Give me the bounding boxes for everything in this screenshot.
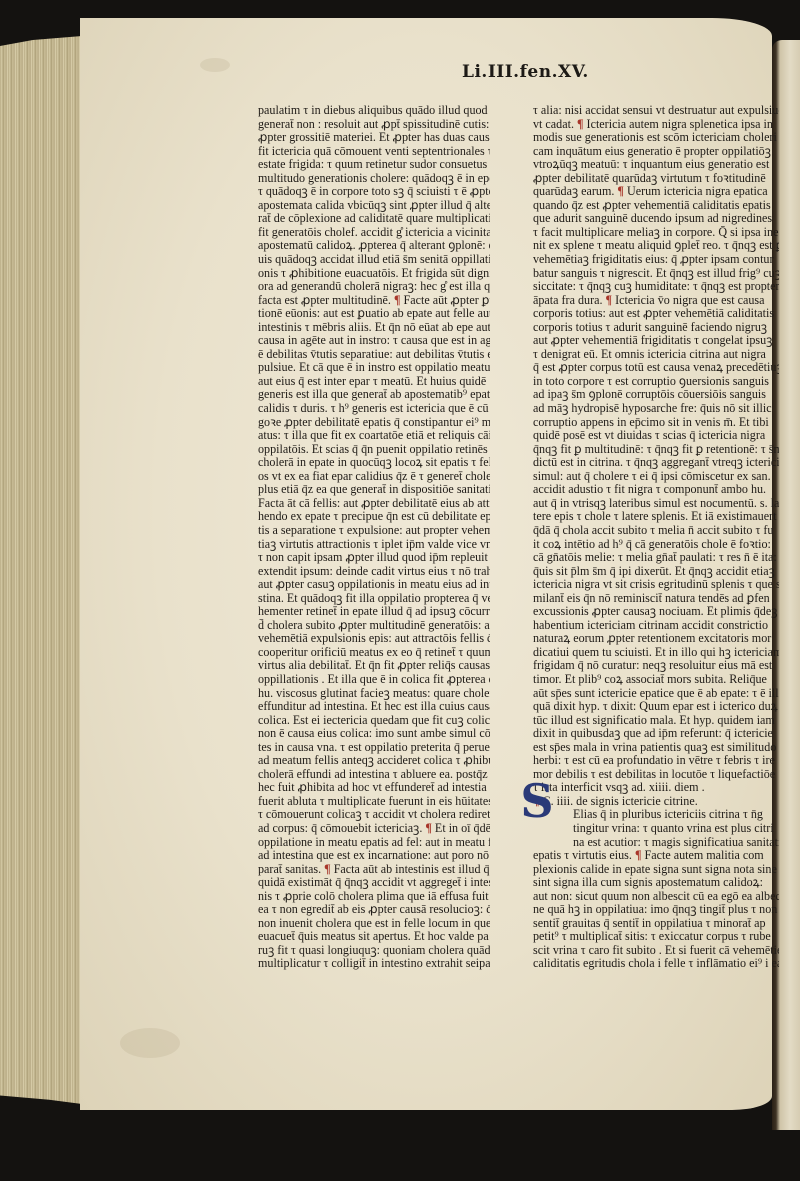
text-line: Facta āt cā fellis: aut ꝓpter debilitatē… xyxy=(258,497,490,511)
text-line: aut ꝓpter casuꝫ oppilationis in meatu ei… xyxy=(258,578,490,592)
text-line: τ facit multiplicare meliaꝫ in corpore. … xyxy=(533,226,779,240)
text-line: aut ꝓpter vehementiā frigiditatis τ cong… xyxy=(533,334,779,348)
text-line: nis τ ꝓprie colō cholera plima que iā ef… xyxy=(258,890,490,904)
paragraph-mark: ¶ xyxy=(394,294,401,307)
text-line: q̄ est ꝓpter corpus totū est causa venaꝝ… xyxy=(533,361,779,375)
text-line: oppilatōis. Et scias q̄ q̄n puenit oppil… xyxy=(258,443,490,457)
text-line: virtus alia debilitat̄. Et q̄n fit ꝓpter… xyxy=(258,659,490,673)
text-line: calidis τ duris. τ h⁹ generis est icteri… xyxy=(258,402,490,416)
text-line: vt cadat. ¶ Ictericia autem nigra splene… xyxy=(533,118,779,132)
text-line: mor debilis τ est debilitas in locutōe τ… xyxy=(533,768,779,782)
text-line: vehemētiaꝫ frigiditatis eius: q̄ ꝓpter i… xyxy=(533,253,779,267)
text-line: extendit ipsum: deinde cadit virtus eius… xyxy=(258,565,490,579)
text-line: ruꝫ fit τ quasi longiuquꝫ: quoniam chole… xyxy=(258,944,490,958)
paper-stain xyxy=(120,1028,180,1058)
text-line: τ alia: nisi accidat sensui vt destruatu… xyxy=(533,104,779,118)
text-line: Elias q̄ in pluribus ictericiis citrina … xyxy=(533,808,779,822)
text-line: plexionis calide in epate signa sunt sig… xyxy=(533,863,779,877)
text-line: stina. Et quādoqꝫ fit illa oppilatio pro… xyxy=(258,592,490,606)
text-line: intestinis τ mēbris aliis. Et q̄n nō eūa… xyxy=(258,321,490,335)
text-line: uis quādoqꝫ accidat illud etiā s̄m senit… xyxy=(258,253,490,267)
text-line: scit vrina τ caro fit subito . Et si fue… xyxy=(533,944,779,958)
text-line: q̄nqꝫ fit ꝑ multitudinē: τ q̄nqꝫ fit ꝑ r… xyxy=(533,443,779,457)
text-line: facta est ꝓpter multitudinē. ¶ Facte aūt… xyxy=(258,294,490,308)
text-line: hendo ex epate τ precipue q̄n est cū deb… xyxy=(258,510,490,524)
text-column-right: τ alia: nisi accidat sensui vt destruatu… xyxy=(533,104,779,971)
text-line: hec fuit ꝓhibita ad hoc vt effunderet̄ a… xyxy=(258,781,490,795)
text-line: corruptio appens in ep̄cimo sit in venis… xyxy=(533,416,779,430)
text-line: aut non: sicut quum non albescit cū ea e… xyxy=(533,890,779,904)
text-line: parat̄ sanitas. ¶ Facta aūt ab intestini… xyxy=(258,863,490,877)
text-line: tere epis τ chole τ latere splenis. Et i… xyxy=(533,510,779,524)
text-line: habentium ictericiam citrinam accidit co… xyxy=(533,619,779,633)
paragraph-mark: ¶ xyxy=(617,185,624,198)
paragraph-mark: ¶ xyxy=(577,118,584,131)
text-line: in toto corpore τ est corruptio ꝯuersion… xyxy=(533,375,779,389)
paragraph-mark: ¶ xyxy=(606,294,613,307)
book-fore-edge xyxy=(0,36,82,1104)
text-line: multiplicatur τ colligit̄ in intestino e… xyxy=(258,957,490,971)
text-line: rat̄ de cōplexione ad caliditatē quare m… xyxy=(258,212,490,226)
text-line: hu. viscosus glutinat facieꝫ meatus: qua… xyxy=(258,687,490,701)
text-line: dixit in quibusdaꝫ que ad ip̄m referunt:… xyxy=(533,727,779,741)
text-line: fuerit abluta τ multiplicate fuerunt in … xyxy=(258,795,490,809)
text-line: ꝓpter debilitatē quarūdaꝫ virtutum τ foꝛ… xyxy=(533,172,779,186)
text-line: accidit adustio τ fit nigra τ componunt̄… xyxy=(533,483,779,497)
text-line: dicatiui quem tu sciuisti. Et in illo qu… xyxy=(533,646,779,660)
text-line: onis τ ꝓhibitione euacuatōis. Et frigida… xyxy=(258,267,490,281)
text-line: est sp̄es mala in vrina patientis quaꝫ e… xyxy=(533,741,779,755)
text-line: āpata fra dura. ¶ Ictericia v̄o nigra qu… xyxy=(533,294,779,308)
text-line: nit ex splene τ meatu aliquid ꝯplet̄ reo… xyxy=(533,239,779,253)
text-line: ē debilitas v̄tutis separatiue: aut debi… xyxy=(258,348,490,362)
text-line: ad ipaꝫ s̄m ꝯplonē corruptōis cōuersiōis… xyxy=(533,388,779,402)
text-line: generat̄ non : resoluit aut ꝓpt̄ spissit… xyxy=(258,118,490,132)
text-line: oppillationis . Et illa que ē in colica … xyxy=(258,673,490,687)
text-line: siccitate: τ q̄nqꝫ cuꝫ humiditate: τ q̄n… xyxy=(533,280,779,294)
text-line: cam inquātum eius generatio ē propter op… xyxy=(533,145,779,159)
text-line: corporis totius τ adurit sanguinē facien… xyxy=(533,321,779,335)
text-line: corporis totius: aut est ꝓpter vehemētiā… xyxy=(533,307,779,321)
text-line: goꝛe ꝓpter debilitatē epatis q̄ constipa… xyxy=(258,416,490,430)
text-line: tūc illud est significatio mala. Et hyp.… xyxy=(533,714,779,728)
text-line: ne quā hꝫ in oppilatiua: imo q̄nqꝫ tingi… xyxy=(533,903,779,917)
text-line: batur sanguis τ nigrescit. Et q̄nqꝫ est … xyxy=(533,267,779,281)
text-line: frigidam q̄ nō curatur: neqꝫ resoluitur … xyxy=(533,659,779,673)
text-line: τ non capit ipsam ꝓpter illud quod ip̄m … xyxy=(258,551,490,565)
text-line: multitudo generationis cholere: quādoqꝫ … xyxy=(258,172,490,186)
text-line: ad māꝫ hydropisē hyposarche fre: q̄uis n… xyxy=(533,402,779,416)
text-line: fit generatōis cholef. accidit g̊ icteri… xyxy=(258,226,490,240)
text-line: non ē causa eius colica: imo sunt ambe s… xyxy=(258,727,490,741)
text-line: tes in causa vna. τ est oppilatio preter… xyxy=(258,741,490,755)
text-line: naturaꝝ eorum ꝓpter retentionem excitato… xyxy=(533,632,779,646)
text-line: oppilatione in meatu epatis ad fel: aut … xyxy=(258,836,490,850)
illuminated-initial: S xyxy=(518,779,556,825)
text-line: τ ista interficit vsqꝫ ad. xiiii. diem . xyxy=(533,781,779,795)
text-line: aut q̄ in vtrisqꝫ lateribus simul est no… xyxy=(533,497,779,511)
text-line: tiaꝫ virtutis attractionis τ iplet ip̄m … xyxy=(258,538,490,552)
text-line: epatis τ virtutis eius. ¶ Facte autem ma… xyxy=(533,849,779,863)
text-line: modis sue generationis est scōm icterici… xyxy=(533,131,779,145)
text-line: paulatim τ in diebus aliquibus quādo ill… xyxy=(258,104,490,118)
text-line: tingitur vrina: τ quanto vrina est plus … xyxy=(533,822,779,836)
text-line: effunditur ad intestina. Et hec est illa… xyxy=(258,700,490,714)
text-line: ad meatum fellis anteqꝫ accideret colica… xyxy=(258,754,490,768)
text-line: petit⁹ τ multiplicat̄ sitis: τ exiccatur… xyxy=(533,930,779,944)
text-line: aūt sp̄es sunt ictericie epatice que ē a… xyxy=(533,687,779,701)
text-line: τ denigrat eū. Et omnis ictericia citrin… xyxy=(533,348,779,362)
paper-stain xyxy=(200,58,230,72)
text-line: causa in agēte aut in instro: τ causa qu… xyxy=(258,334,490,348)
paragraph-mark: ¶ xyxy=(425,822,432,835)
text-line: τ quādoqꝫ ē in corpore toto sꝫ q̄ sciuis… xyxy=(258,185,490,199)
text-line: estate frigida: τ quum retinetur sudor c… xyxy=(258,158,490,172)
chapter-heading: ¶ C. iiii. de signis ictericie citrine. xyxy=(533,795,779,809)
text-line: τ cōmouerunt colicaꝫ τ accidit vt choler… xyxy=(258,808,490,822)
text-line: quarūdaꝫ earum. ¶ Uerum ictericia nigra … xyxy=(533,185,779,199)
text-line: ꝓpter grossitiē materiei. Et ꝓpter has d… xyxy=(258,131,490,145)
text-line: apostematū calidoꝝ. ꝓpterea q̄ alterant … xyxy=(258,239,490,253)
text-line: os vt ex ea fiat epar calidius q̄z ē τ g… xyxy=(258,470,490,484)
text-line: que adurit sanguinē ducendo ipsum ad nig… xyxy=(533,212,779,226)
text-line: d̄ cholera subito ꝓpter multitudinē gene… xyxy=(258,619,490,633)
text-line: q̄dā q̄ chola accit subito τ melia n̄ ac… xyxy=(533,524,779,538)
text-line: ea τ non egredit̄ ab eis ꝓpter causā res… xyxy=(258,903,490,917)
text-line: cooperitur orificiū meatus ex eo q̄ reti… xyxy=(258,646,490,660)
text-line: ictericia nigra vt sit crisis egritudinū… xyxy=(533,578,779,592)
text-line: sint signa illa cum signis apostematum c… xyxy=(533,876,779,890)
text-line: ora ad generandū cholerā nigraꝫ: hec g̊ … xyxy=(258,280,490,294)
text-line: apostemata calida vbicūqꝫ sint ꝓpter ill… xyxy=(258,199,490,213)
text-line: generis est illa que generat̄ ab apostem… xyxy=(258,388,490,402)
text-line: colica. Est ei iectericia quedam que fit… xyxy=(258,714,490,728)
text-line: quando q̄z est ꝓpter vehementiā calidita… xyxy=(533,199,779,213)
text-line: cholerā in epate in quocūqꝫ locoꝝ sit ep… xyxy=(258,456,490,470)
text-line: simul: aut q̄ cholere τ ei q̄ ipsi cōmis… xyxy=(533,470,779,484)
text-line: milant̄ eis q̄n nō reminiscit̄ natura te… xyxy=(533,592,779,606)
text-line: vtroꝝūqꝫ meatuū: τ inquantum eius genera… xyxy=(533,158,779,172)
text-line: timor. Et plib⁹ coꝝ associat̄ mors subit… xyxy=(533,673,779,687)
text-line: hementer retinet̄ in epate illud q̄ ad i… xyxy=(258,605,490,619)
paragraph-mark: ¶ xyxy=(324,863,331,876)
text-line: quidē posē est vt diuidas τ scias q̄ ict… xyxy=(533,429,779,443)
text-line: vehemētiā expulsionis epis: aut attractō… xyxy=(258,632,490,646)
running-head: Li.III.fen.XV. xyxy=(462,62,589,82)
text-line: na est acutior: τ magis significatiua sa… xyxy=(533,836,779,850)
paragraph-mark: ¶ xyxy=(635,849,642,862)
text-line: caliditatis egritudis chola i felle τ in… xyxy=(533,957,779,971)
text-line: tis a separatione τ expulsione: aut prop… xyxy=(258,524,490,538)
text-line: excussionis ꝓpter causaꝫ nociuam. Et pli… xyxy=(533,605,779,619)
text-line: fit ictericia quā cōmouent venti septent… xyxy=(258,145,490,159)
text-line: herbi: τ est cū ea profundatio in vētre … xyxy=(533,754,779,768)
text-line: non inuenit cholera que est in felle loc… xyxy=(258,917,490,931)
text-line: q̄uis sit p̄lm s̄m q̄ ipi dixerūt. Et q̄… xyxy=(533,565,779,579)
text-line: euacuet̄ q̄uis meatus sit apertus. Et ho… xyxy=(258,930,490,944)
text-line: dictū est in citrina. τ q̄nqꝫ aggregant̄… xyxy=(533,456,779,470)
text-line: ad intestina que est ex incarnatione: au… xyxy=(258,849,490,863)
text-line: quā dixit hyp. τ dixit: Quum epar est i … xyxy=(533,700,779,714)
text-line: cā gn̄atōis melie: τ melia gn̄at̄ paulat… xyxy=(533,551,779,565)
text-line: pulsiue. Et cā que ē in instro est oppil… xyxy=(258,361,490,375)
text-column-left: paulatim τ in diebus aliquibus quādo ill… xyxy=(258,104,490,971)
text-line: it coꝝ intētio ad h⁹ q̄ cā generatōis ch… xyxy=(533,538,779,552)
text-line: plus etiā q̄z ea que generat̄ in disposi… xyxy=(258,483,490,497)
text-line: atus: τ illa que fit ex coartatōe etiā e… xyxy=(258,429,490,443)
text-line: aut eius q̄ est inter epar τ meatū. Et h… xyxy=(258,375,490,389)
text-line: cholerā effundi ad intestina τ abluere e… xyxy=(258,768,490,782)
text-line: ad corpus: q̄ cōmouebit ictericiaꝫ. ¶ Et… xyxy=(258,822,490,836)
text-line: quidā existimāt q̄ q̄nqꝫ accidit vt aggr… xyxy=(258,876,490,890)
text-line: sentit̄ grauitas q̄ sentit̄ in oppilatiu… xyxy=(533,917,779,931)
text-line: tionē eūonis: aut est ꝑuatio ab epate au… xyxy=(258,307,490,321)
